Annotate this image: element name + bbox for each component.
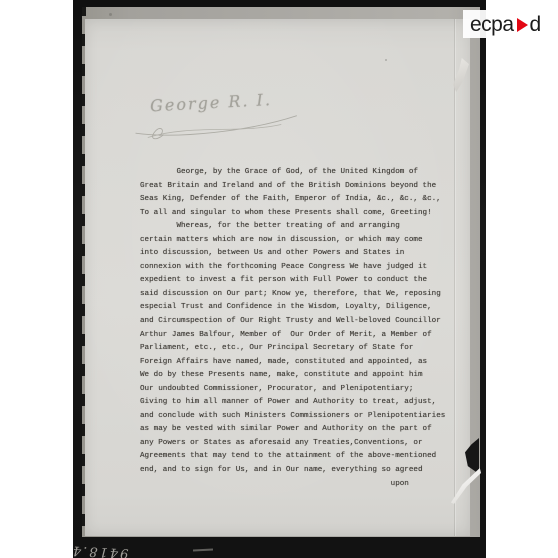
document-paper: George R. I. George, by the Grace of God… (85, 19, 470, 536)
doc-line: and Circumspection of Our Right Trusty a… (140, 315, 460, 329)
archive-scan-page: George R. I. George, by the Grace of God… (0, 0, 558, 558)
doc-line: especial Trust and Confidence in the Wis… (140, 301, 460, 315)
doc-line: To all and singular to whom these Presen… (140, 207, 460, 221)
paper-speck (385, 59, 387, 61)
royal-signature: George R. I. (142, 83, 365, 156)
logo-text-right: d (530, 14, 541, 35)
doc-line: Agreements that may tend to the attainme… (140, 450, 460, 464)
document-body-text: George, by the Grace of God, of the Unit… (140, 166, 460, 491)
doc-line: upon (140, 478, 460, 492)
doc-line: Whereas, for the better treating of and … (140, 220, 460, 234)
doc-line: Great Britain and Ireland and of the Bri… (140, 180, 460, 194)
doc-line: and conclude with such Ministers Commiss… (140, 410, 460, 424)
ecpad-logo: ecpa d (463, 10, 558, 38)
doc-line: expedient to invest a fit person with Fu… (140, 274, 460, 288)
doc-line: Giving to him all manner of Power and Au… (140, 396, 460, 410)
doc-line: connexion with the forthcoming Peace Con… (140, 261, 460, 275)
paper-speck (109, 13, 112, 16)
doc-line: Our undoubted Commissioner, Procurator, … (140, 383, 460, 397)
handwritten-archive-number: 9418.4 (71, 540, 129, 558)
doc-line: said discussion on Our part; Know ye, th… (140, 288, 460, 302)
logo-text-left: ecpa (470, 14, 514, 35)
doc-line: Arthur James Balfour, Member of Our Orde… (140, 329, 460, 343)
doc-line: George, by the Grace of God, of the Unit… (140, 166, 460, 180)
doc-line: as may be vested with similar Power and … (140, 423, 460, 437)
doc-line: Foreign Affairs have named, made, consti… (140, 356, 460, 370)
border-smudge (193, 548, 213, 551)
doc-line: Seas King, Defender of the Faith, Empero… (140, 193, 460, 207)
doc-line: Parliament, etc., etc., Our Principal Se… (140, 342, 460, 356)
doc-line: end, and to sign for Us, and in Our name… (140, 464, 460, 478)
doc-line: certain matters which are now in discuss… (140, 234, 460, 248)
doc-line: any Powers or States as aforesaid any Tr… (140, 437, 460, 451)
doc-line: into discussion, between Us and other Po… (140, 247, 460, 261)
logo-triangle-icon (517, 18, 528, 32)
doc-line: We do by these Presents name, make, cons… (140, 369, 460, 383)
photo-negative-frame: George R. I. George, by the Grace of God… (73, 0, 486, 558)
